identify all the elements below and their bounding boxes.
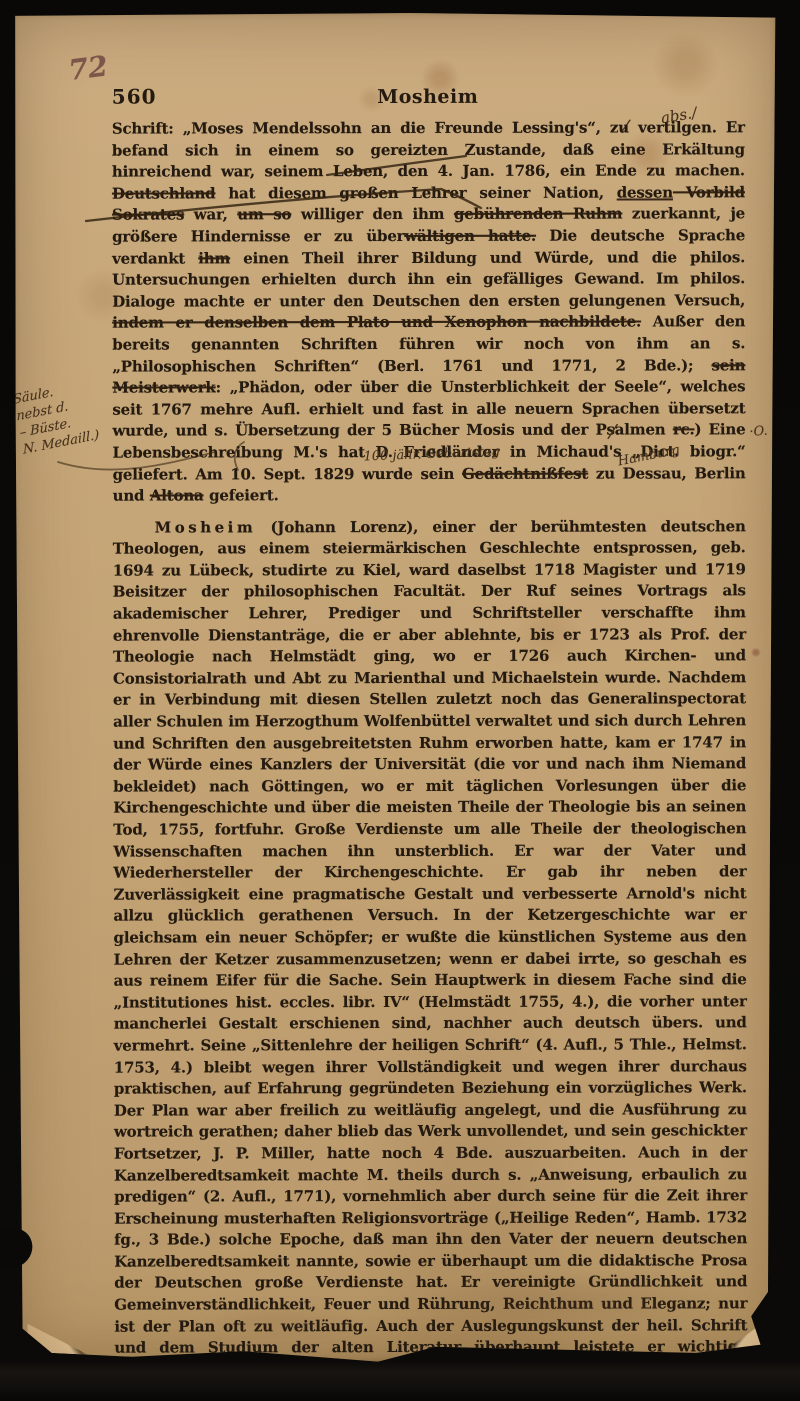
struck-through-text: ihm (198, 249, 230, 267)
handwritten-margin-note: Säule.nebst d.– Büste.N. Medaill.) (12, 377, 101, 459)
ink-bleedthrough-smudge (412, 1261, 744, 1343)
page-header: 560 Mosheim (112, 83, 744, 110)
scanned-book-page-screenshot: { "page_header": { "folio_handwritten": … (0, 0, 800, 1401)
struck-through-text: Deutschland (112, 184, 216, 202)
struck-through-text: indem er denselben dem Plato und Xenopho… (112, 313, 641, 332)
struck-through-text: wältigen hatte. (404, 227, 536, 245)
handwritten-folio-number: 72 (67, 49, 110, 87)
struck-through-text: Gedächtnißfest (462, 464, 588, 482)
struck-through-text: Altona (150, 486, 204, 504)
printed-text: gefeiert. (204, 486, 279, 504)
page-corner-fold (27, 1324, 113, 1368)
printed-text: williger den ihm (291, 205, 454, 223)
printed-text-block: Schrift: „Moses Mendelssohn an die Freun… (112, 117, 748, 1401)
printed-text: hat diesem großen Lehrer seiner Nation, (215, 183, 616, 202)
struck-through-text: um so (237, 206, 291, 224)
printed-text: Mosheim (155, 518, 257, 536)
handwritten-deletion-sign: ·O. (749, 424, 768, 440)
struck-through-text: rc. (673, 421, 695, 439)
underlined-text: dessen (617, 183, 673, 201)
book-page-scan: 72 560 Mosheim abs./ / Schrift: „Moses M… (11, 10, 781, 1364)
printed-text: Schrift: „Moses Mendelssohn an die Freun… (112, 118, 745, 181)
running-title: Mosheim (112, 85, 744, 108)
struck-through-text: gebührenden Ruhm (454, 205, 622, 223)
ink-bleedthrough-smudge (193, 1301, 373, 1341)
printed-text: war, (184, 206, 237, 224)
